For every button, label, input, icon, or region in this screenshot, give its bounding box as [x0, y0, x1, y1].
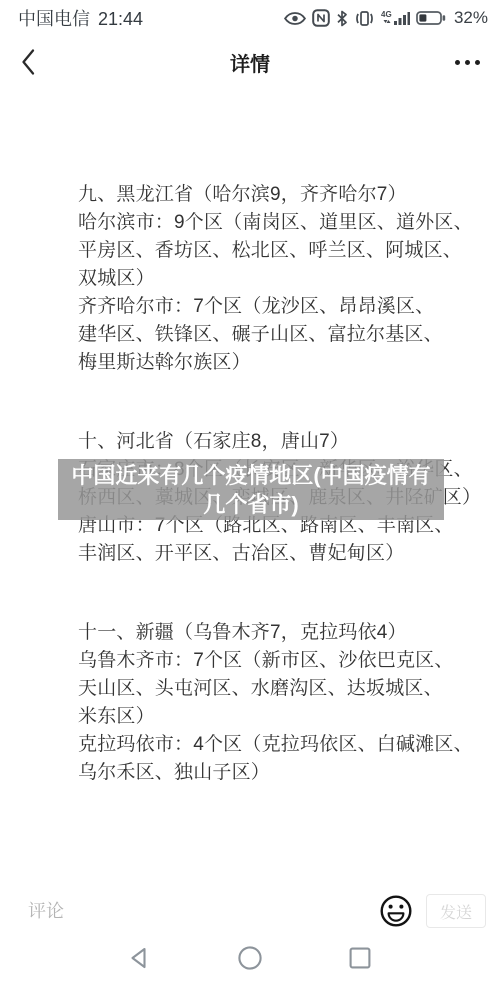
- send-button[interactable]: 发送: [426, 894, 486, 928]
- triangle-back-icon: [127, 945, 153, 971]
- text-line: 双城区）: [78, 265, 472, 293]
- nav-home-button[interactable]: [237, 945, 263, 971]
- text-line: 九、黑龙江省（哈尔滨9，齐齐哈尔7）: [78, 181, 472, 209]
- phone-screen: 中国电信 21:44: [0, 0, 500, 986]
- text-line: 天山区、头屯河区、水磨沟区、达坂城区、: [78, 675, 472, 703]
- text-line: 建华区、铁锋区、碾子山区、富拉尔基区、: [78, 321, 472, 349]
- battery-icon: [416, 10, 446, 26]
- smiley-icon: [379, 894, 413, 928]
- status-time: 21:44: [98, 9, 143, 30]
- text-line: 十一、新疆（乌鲁木齐7，克拉玛依4）: [78, 619, 472, 647]
- text-line: 梅里斯达斡尔族区）: [78, 349, 472, 377]
- section-heilongjiang: 九、黑龙江省（哈尔滨9，齐齐哈尔7） 哈尔滨市：9个区（南岗区、道里区、道外区、…: [78, 181, 472, 377]
- status-bar-right: 4G 32%: [284, 8, 488, 28]
- text-line: 平房区、香坊区、松北区、呼兰区、阿城区、: [78, 237, 472, 265]
- nav-bar: 详情: [0, 36, 500, 88]
- page-title: 详情: [0, 48, 500, 77]
- status-bar-left: 中国电信 21:44: [18, 5, 143, 31]
- text-line: 齐齐哈尔市：7个区（龙沙区、昂昂溪区、: [78, 293, 472, 321]
- text-line: 米东区）: [78, 703, 472, 731]
- section-xinjiang: 十一、新疆（乌鲁木齐7，克拉玛依4） 乌鲁木齐市：7个区（新市区、沙依巴克区、 …: [78, 619, 472, 787]
- vibrate-icon: [354, 10, 375, 27]
- emoji-button[interactable]: [379, 894, 413, 928]
- circle-home-icon: [237, 945, 263, 971]
- text-line: 克拉玛依市：4个区（克拉玛依区、白碱滩区、: [78, 731, 472, 759]
- nfc-icon: [312, 9, 330, 27]
- comment-input[interactable]: [0, 901, 379, 922]
- more-button[interactable]: [455, 49, 480, 75]
- signal-4g-icon: 4G: [381, 9, 410, 27]
- bluetooth-icon: [336, 10, 348, 27]
- text-line: 乌尔禾区、独山子区）: [78, 759, 472, 787]
- text-line: 哈尔滨市：9个区（南岗区、道里区、道外区、: [78, 209, 472, 237]
- text-line: 十、河北省（石家庄8，唐山7）: [78, 428, 472, 456]
- watermark-text: 几个省市): [203, 490, 298, 519]
- status-bar: 中国电信 21:44: [0, 0, 500, 36]
- battery-percent: 32%: [454, 8, 488, 28]
- nav-recents-button[interactable]: [347, 945, 373, 971]
- watermark-text: 中国近来有几个疫情地区(中国疫情有: [71, 461, 430, 490]
- watermark-overlay: 中国近来有几个疫情地区(中国疫情有 几个省市): [58, 459, 444, 520]
- carrier-label: 中国电信: [18, 5, 90, 31]
- android-nav-bar: [0, 930, 500, 986]
- square-recents-icon: [347, 945, 373, 971]
- back-button[interactable]: [20, 49, 46, 75]
- chevron-left-icon: [20, 48, 36, 76]
- more-dots-icon: [455, 60, 460, 65]
- eye-protection-icon: [284, 11, 306, 26]
- network-type-label: 4G: [381, 10, 392, 19]
- comment-bar: 发送: [0, 886, 500, 936]
- nav-back-button[interactable]: [127, 945, 153, 971]
- text-line: 乌鲁木齐市：7个区（新市区、沙依巴克区、: [78, 647, 472, 675]
- text-line: 丰润区、开平区、古冶区、曹妃甸区）: [78, 540, 472, 568]
